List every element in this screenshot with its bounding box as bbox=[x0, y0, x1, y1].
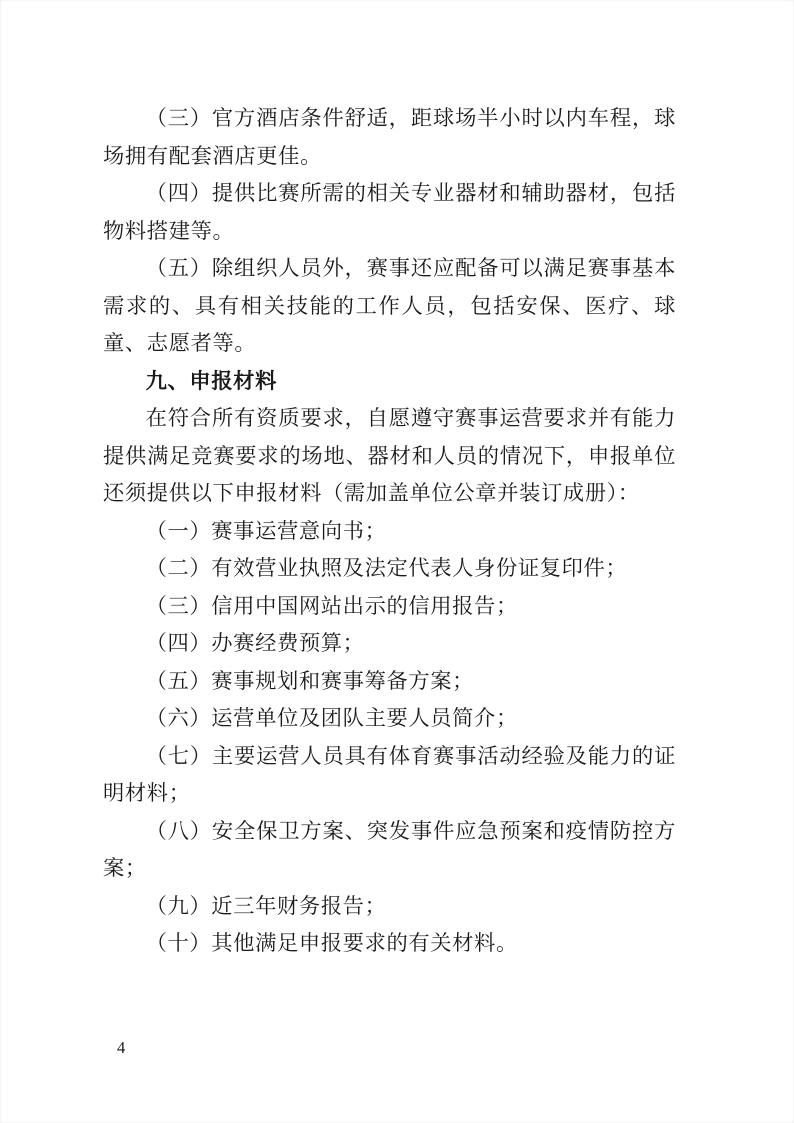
list-item-7: （七）主要运营人员具有体育赛事活动经验及能力的证明材料； bbox=[103, 738, 676, 813]
list-item-2: （二）有效营业执照及法定代表人身份证复印件； bbox=[103, 550, 676, 588]
paragraph-equipment: （四）提供比赛所需的相关专业器材和辅助器材，包括物料搭建等。 bbox=[103, 175, 676, 250]
list-item-3: （三）信用中国网站出示的信用报告； bbox=[103, 588, 676, 626]
paragraph-hotel-condition: （三）官方酒店条件舒适，距球场半小时以内车程，球场拥有配套酒店更佳。 bbox=[103, 100, 676, 175]
paragraph-staffing: （五）除组织人员外，赛事还应配备可以满足赛事基本需求的、具有相关技能的工作人员，… bbox=[103, 250, 676, 363]
document-body: （三）官方酒店条件舒适，距球场半小时以内车程，球场拥有配套酒店更佳。 （四）提供… bbox=[103, 100, 676, 963]
section-heading-materials: 九、申报材料 bbox=[103, 363, 676, 401]
list-item-4: （四）办赛经费预算； bbox=[103, 625, 676, 663]
list-item-5: （五）赛事规划和赛事筹备方案； bbox=[103, 663, 676, 701]
paragraph-materials-intro: 在符合所有资质要求，自愿遵守赛事运营要求并有能力提供满足竞赛要求的场地、器材和人… bbox=[103, 400, 676, 513]
list-item-6: （六）运营单位及团队主要人员简介； bbox=[103, 700, 676, 738]
list-item-10: （十）其他满足申报要求的有关材料。 bbox=[103, 925, 676, 963]
list-item-9: （九）近三年财务报告； bbox=[103, 888, 676, 926]
list-item-8: （八）安全保卫方案、突发事件应急预案和疫情防控方案； bbox=[103, 813, 676, 888]
document-page: （三）官方酒店条件舒适，距球场半小时以内车程，球场拥有配套酒店更佳。 （四）提供… bbox=[0, 0, 794, 1123]
page-number: 4 bbox=[117, 1038, 125, 1058]
list-item-1: （一）赛事运营意向书； bbox=[103, 513, 676, 551]
